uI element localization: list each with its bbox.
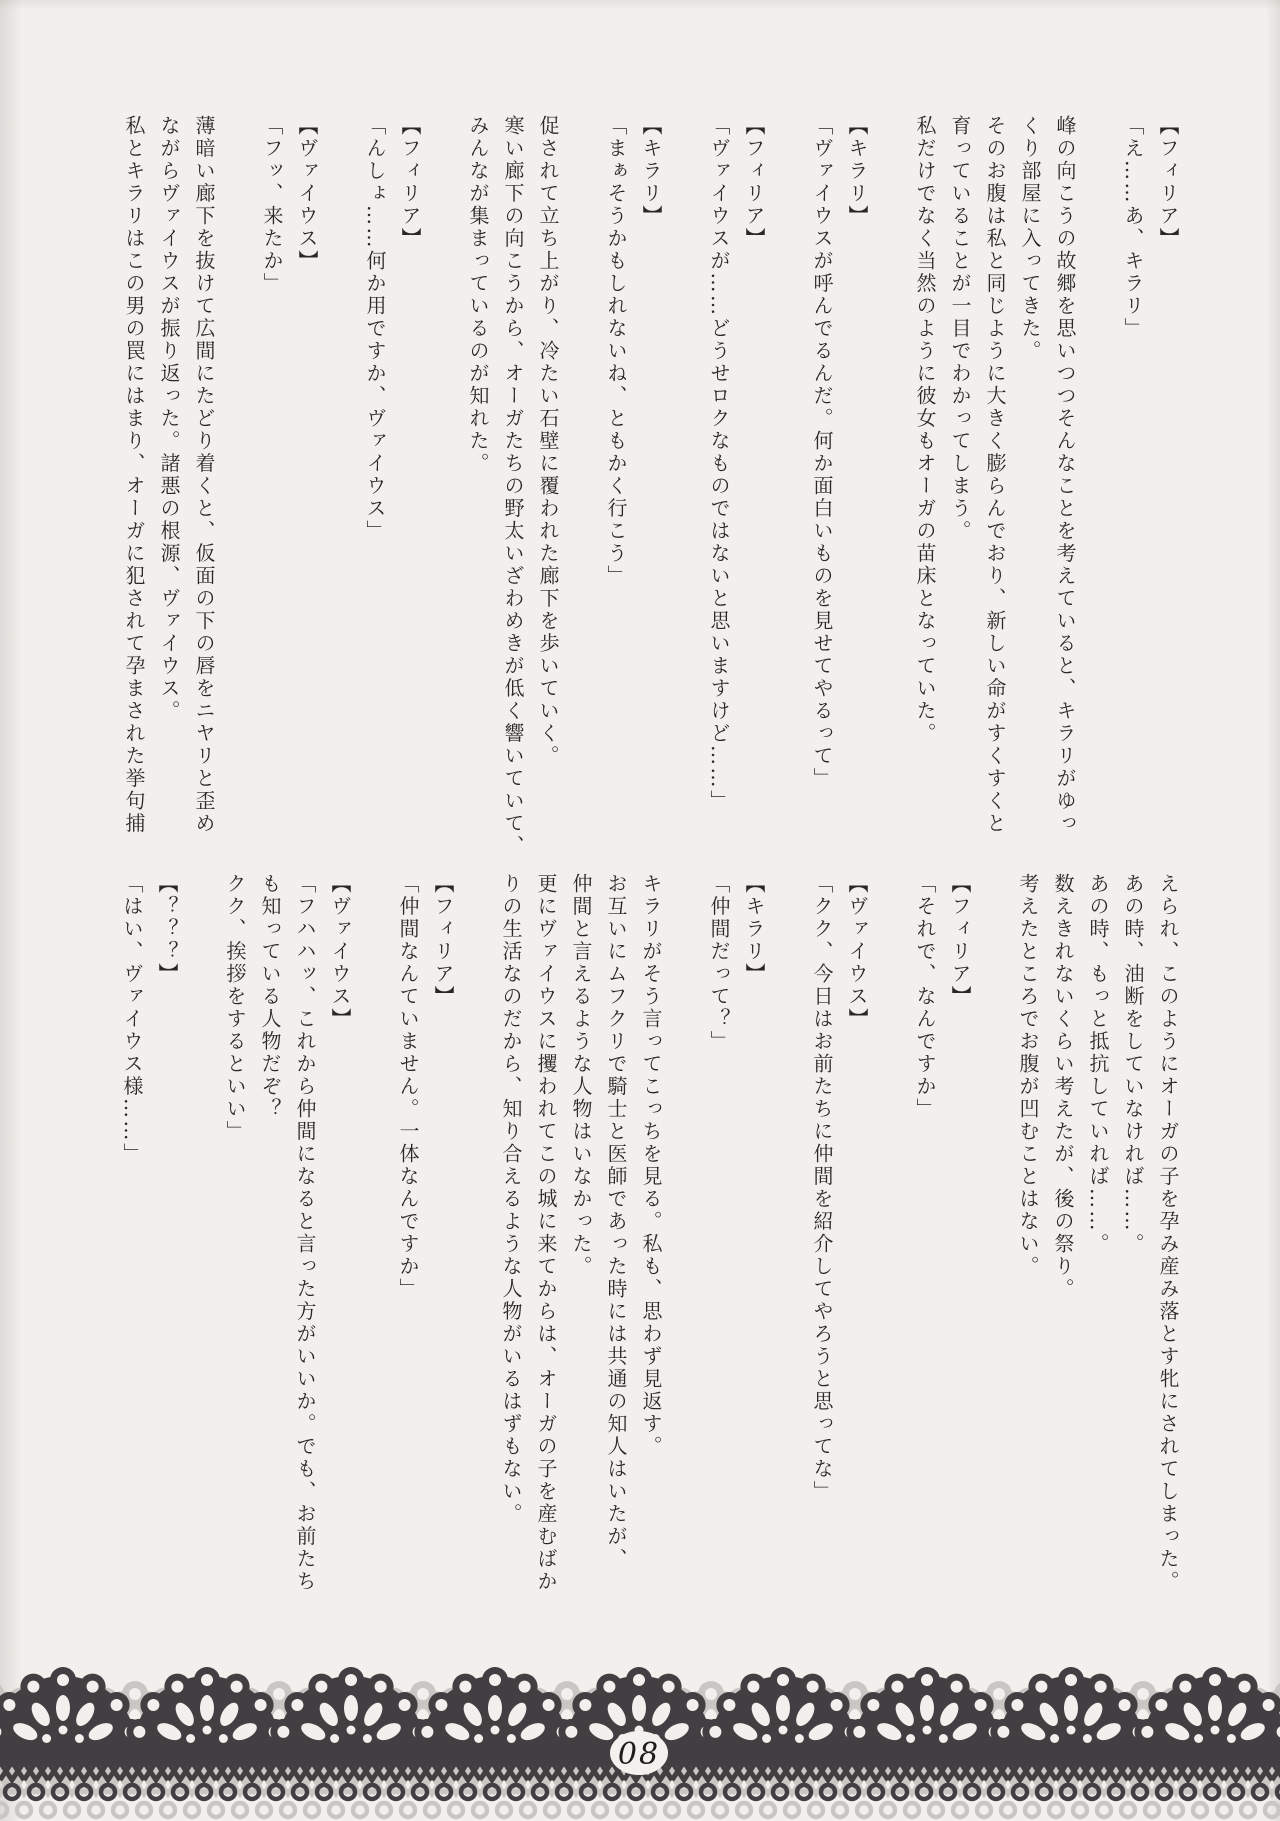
text-column: 促されて立ち上がり、冷たい石壁に覆われた廊下を歩いていく。 [530,115,565,862]
text-column: えられ、このようにオーガの子を孕み産み落とす牝にされてしまった。 [1150,873,1185,1620]
text-column: くり部屋に入ってきた。 [1012,115,1047,862]
speaker-header: 【キラリ】 [839,115,874,862]
text-column: 数えきれないくらい考えたが、後の祭り。 [1045,873,1080,1620]
text-column: 「フハハッ、これから仲間になると言った方がいいか。でも、お前たち [287,873,322,1620]
text-column: 峰の向こうの故郷を思いつつそんなことを考えていると、キラリがゆっ [1047,115,1082,862]
text-column: 私だけでなく当然のように彼女もオーガの苗床となっていた。 [907,115,942,862]
text-column: 「フッ、来たか」 [254,115,289,862]
text-column: 私とキラリはこの男の罠にはまり、オーガに犯されて孕まされた挙句捕 [116,115,151,862]
text-column: 薄暗い廊下を抜けて広間にたどり着くと、仮面の下の唇をニヤリと歪め [186,115,221,862]
speaker-header: 【ヴァイウス】 [289,115,324,862]
dialogue-block: 【フィリア】 「それで、なんですか」 [907,873,977,1620]
dialogue-block: 【キラリ】 「仲間だって？」 [701,873,771,1620]
text-column: も知っている人物だぞ？ [252,873,287,1620]
scan-edge-right [1266,0,1280,1821]
dialogue-block: 【ヴァイウス】 「フッ、来たか」 [254,115,324,862]
speaker-header: 【フィリア】 [942,873,977,1620]
dialogue-block: 【フィリア】 「ヴァイウスが……どうせロクなものではないと思いますけど……」 [701,115,771,862]
text-column: キラリがそう言ってこっちを見る。私も、思わず見返す。 [633,873,668,1620]
dialogue-block: 【フィリア】 「仲間なんていません。一体なんですか」 [390,873,460,1620]
text-column: 「はい、ヴァイウス様……」 [114,873,149,1620]
speaker-header: 【フィリア】 [392,115,427,862]
text-column: あの時、もっと抵抗していれば……。 [1080,873,1115,1620]
lace-border: 08 [0,1660,1280,1821]
text-column: クク、挨拶をするといい」 [217,873,252,1620]
speaker-header: 【ヴァイウス】 [322,873,357,1620]
text-column: りの生活なのだから、知り合えるような人物がいるはずもない。 [493,873,528,1620]
dialogue-block: 【ヴァイウス】 「クク、今日はお前たちに仲間を紹介してやろうと思ってな」 [804,873,874,1620]
text-column: お互いにムフクリで騎士と医師であった時には共通の知人はいたが、 [598,873,633,1620]
novel-page: 【フィリア】 「え……あ、キラリ」 峰の向こうの故郷を思いつつそんなことを考えて… [0,0,1280,1821]
dialogue-block: 【フィリア】 「え……あ、キラリ」 [1115,115,1185,862]
lace-border-graphic: 08 [0,1660,1280,1821]
speaker-header: 【フィリア】 [1150,115,1185,862]
text-column: ながらヴァイウスが振り返った。諸悪の根源、ヴァイウス。 [151,115,186,862]
dialogue-block: 【？？？】 「はい、ヴァイウス様……」 [114,873,184,1620]
text-column: あの時、油断をしていなければ……。 [1115,873,1150,1620]
text-band-bottom: えられ、このようにオーガの子を孕み産み落とす牝にされてしまった。 あの時、油断を… [114,873,1185,1620]
narration-block: キラリがそう言ってこっちを見る。私も、思わず見返す。 お互いにムフクリで騎士と医… [493,873,668,1620]
narration-block: えられ、このようにオーガの子を孕み産み落とす牝にされてしまった。 あの時、油断を… [1010,873,1185,1620]
text-column: 「ヴァイウスが……どうせロクなものではないと思いますけど……」 [701,115,736,862]
dialogue-block: 【フィリア】 「んしょ……何か用ですか、ヴァイウス」 [357,115,427,862]
text-column: 「ヴァイウスが呼んでるんだ。何か面白いものを見せてやるって」 [804,115,839,862]
speaker-header: 【？？？】 [149,873,184,1620]
text-column: 「んしょ……何か用ですか、ヴァイウス」 [357,115,392,862]
text-column: 仲間と言えるような人物はいなかった。 [563,873,598,1620]
text-column: 「まぁそうかもしれないね、ともかく行こう」 [598,115,633,862]
speaker-header: 【フィリア】 [736,115,771,862]
scan-edge-top [0,0,1280,10]
text-column: 育っていることが一目でわかってしまう。 [942,115,977,862]
speaker-header: 【ヴァイウス】 [839,873,874,1620]
text-column: 更にヴァイウスに攫われてこの城に来てからは、オーガの子を産むばか [528,873,563,1620]
narration-block: 峰の向こうの故郷を思いつつそんなことを考えていると、キラリがゆっ くり部屋に入っ… [907,115,1082,862]
text-column: 考えたところでお腹が凹むことはない。 [1010,873,1045,1620]
dialogue-block: 【キラリ】 「ヴァイウスが呼んでるんだ。何か面白いものを見せてやるって」 [804,115,874,862]
narration-block: 促されて立ち上がり、冷たい石壁に覆われた廊下を歩いていく。 寒い廊下の向こうから… [460,115,565,862]
text-column: 「仲間なんていません。一体なんですか」 [390,873,425,1620]
dialogue-block: 【キラリ】 「まぁそうかもしれないね、ともかく行こう」 [598,115,668,862]
text-column: 「え……あ、キラリ」 [1115,115,1150,862]
text-column: 「それで、なんですか」 [907,873,942,1620]
scan-edge-left [0,0,22,1821]
dialogue-block: 【ヴァイウス】 「フハハッ、これから仲間になると言った方がいいか。でも、お前たち… [217,873,357,1620]
page-number: 08 [618,1737,660,1772]
text-column: みんなが集まっているのが知れた。 [460,115,495,862]
text-column: 寒い廊下の向こうから、オーガたちの野太いざわめきが低く響いていて、 [495,115,530,862]
text-band-top: 【フィリア】 「え……あ、キラリ」 峰の向こうの故郷を思いつつそんなことを考えて… [116,115,1185,862]
text-column: 「仲間だって？」 [701,873,736,1620]
narration-block: 薄暗い廊下を抜けて広間にたどり着くと、仮面の下の唇をニヤリと歪め ながらヴァイウ… [116,115,221,862]
speaker-header: 【キラリ】 [633,115,668,862]
text-column: 「クク、今日はお前たちに仲間を紹介してやろうと思ってな」 [804,873,839,1620]
speaker-header: 【キラリ】 [736,873,771,1620]
text-column: そのお腹は私と同じように大きく膨らんでおり、新しい命がすくすくと [977,115,1012,862]
speaker-header: 【フィリア】 [425,873,460,1620]
